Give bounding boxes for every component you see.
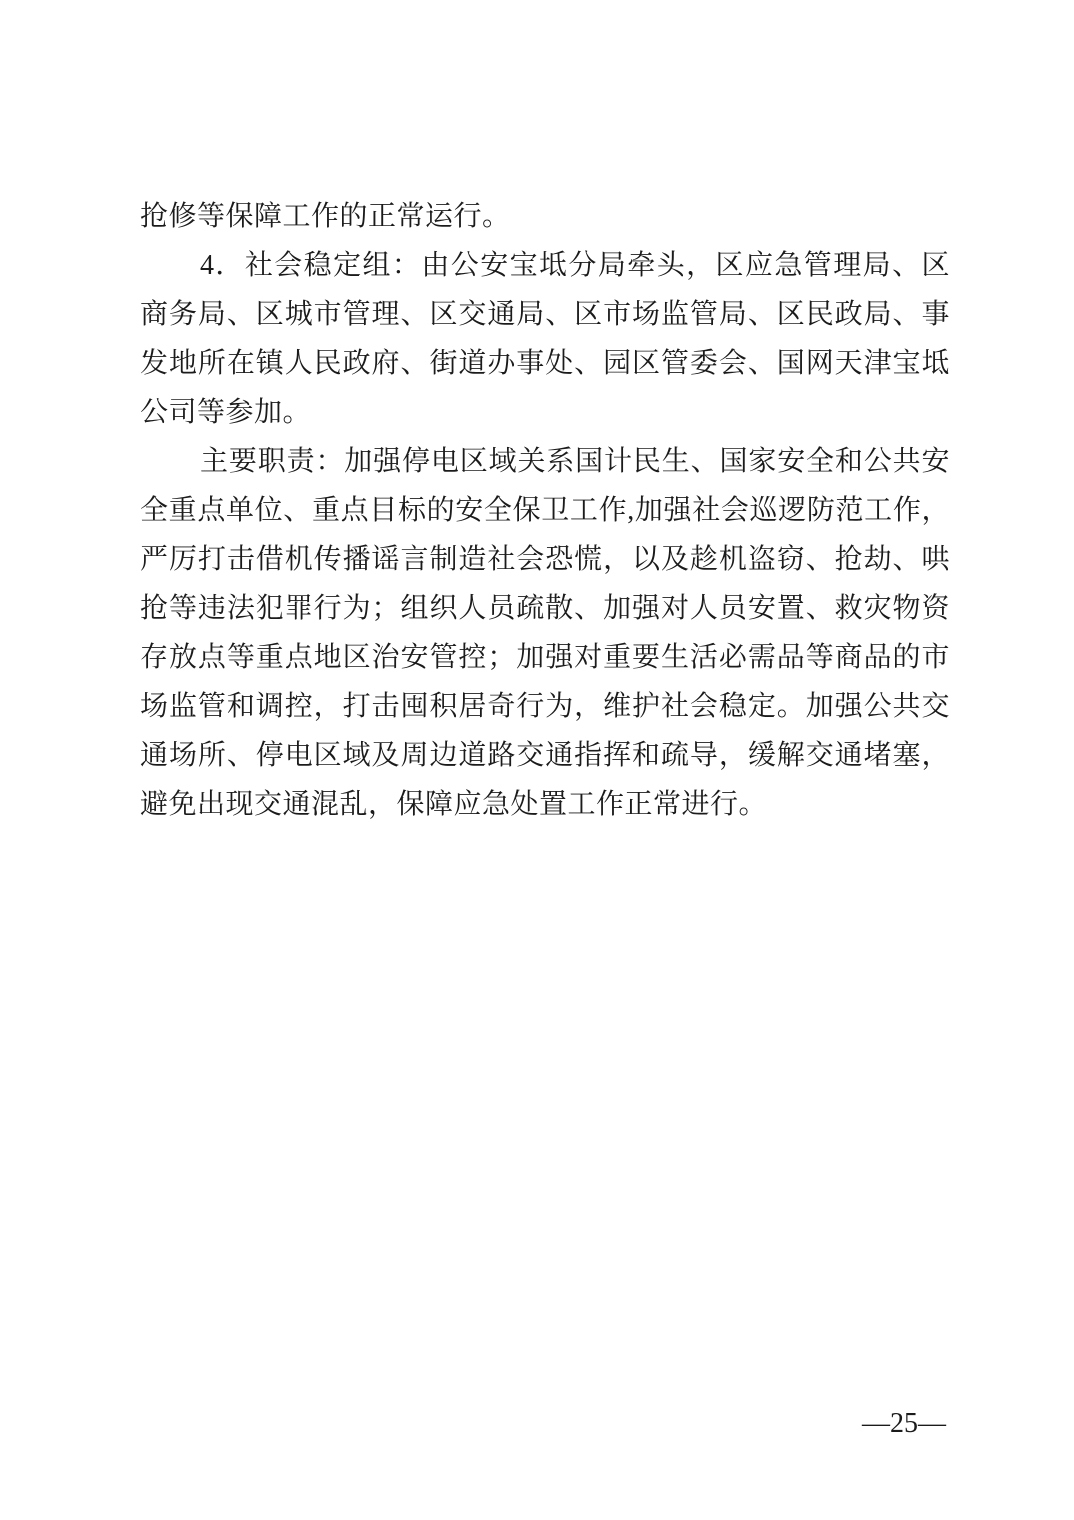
paragraph-line: 4．社会稳定组：由公安宝坻分局牵头，区应急管理局、区 bbox=[140, 241, 950, 290]
paragraph-line: 避免出现交通混乱，保障应急处置工作正常进行。 bbox=[140, 780, 950, 829]
paragraph-line: 公司等参加。 bbox=[140, 388, 950, 437]
paragraph-line: 商务局、区城市管理、区交通局、区市场监管局、区民政局、事 bbox=[140, 290, 950, 339]
paragraph-line: 通场所、停电区域及周边道路交通指挥和疏导，缓解交通堵塞， bbox=[140, 731, 950, 780]
paragraph-line: 发地所在镇人民政府、街道办事处、园区管委会、国网天津宝坻 bbox=[140, 339, 950, 388]
paragraph-line: 主要职责：加强停电区域关系国计民生、国家安全和公共安 bbox=[140, 437, 950, 486]
paragraph-line: 场监管和调控，打击囤积居奇行为，维护社会稳定。加强公共交 bbox=[140, 682, 950, 731]
paragraph-line: 严厉打击借机传播谣言制造社会恐慌，以及趁机盗窃、抢劫、哄 bbox=[140, 535, 950, 584]
paragraph-line: 抢修等保障工作的正常运行。 bbox=[140, 192, 950, 241]
paragraph-line: 存放点等重点地区治安管控；加强对重要生活必需品等商品的市 bbox=[140, 633, 950, 682]
document-page: 抢修等保障工作的正常运行。 4．社会稳定组：由公安宝坻分局牵头，区应急管理局、区… bbox=[0, 0, 1074, 1520]
document-body: 抢修等保障工作的正常运行。 4．社会稳定组：由公安宝坻分局牵头，区应急管理局、区… bbox=[140, 192, 950, 829]
paragraph-line: 抢等违法犯罪行为；组织人员疏散、加强对人员安置、救灾物资 bbox=[140, 584, 950, 633]
paragraph-line: 全重点单位、重点目标的安全保卫工作,加强社会巡逻防范工作， bbox=[140, 486, 950, 535]
page-number: —25— bbox=[862, 1408, 946, 1440]
